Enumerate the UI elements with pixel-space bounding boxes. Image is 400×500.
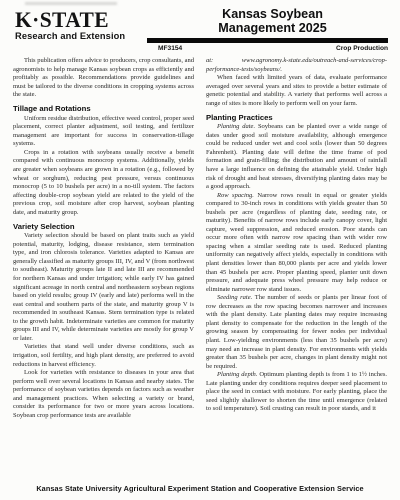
body-paragraph: Planting date. Soybeans can be planted o… xyxy=(206,123,387,191)
body-paragraph: Crops in a rotation with soybeans usuall… xyxy=(13,149,194,217)
body-paragraph: at: www.agronomy.k-state.edu/outreach-an… xyxy=(206,57,387,74)
body-paragraph: When faced with limited years of data, e… xyxy=(206,74,387,108)
header-rule-bar xyxy=(147,38,388,43)
body-columns: This publication offers advice to produc… xyxy=(13,57,387,420)
page-footer: Kansas State University Agricultural Exp… xyxy=(0,484,400,493)
body-paragraph: Varieties that stand well under diverse … xyxy=(13,343,194,369)
paragraph-lead-in: Planting depth. xyxy=(217,371,259,378)
section-heading: Variety Selection xyxy=(13,222,194,231)
document-title-line2: Management 2025 xyxy=(190,22,355,36)
kstate-logo: K·STATE Research and Extension xyxy=(15,9,125,41)
body-paragraph: Seeding rate. The number of seeds or pla… xyxy=(206,294,387,371)
kstate-logo-wordmark: K·STATE xyxy=(15,9,125,31)
body-paragraph: This publication offers advice to produc… xyxy=(13,57,194,100)
body-paragraph: Look for varieties with resistance to di… xyxy=(13,369,194,420)
body-paragraph: Uniform residue distribution, effective … xyxy=(13,115,194,149)
paragraph-lead-in: Seeding rate. xyxy=(217,294,255,301)
kstate-logo-subtitle: Research and Extension xyxy=(15,31,125,41)
body-paragraph: Row spacing. Narrow rows result in equal… xyxy=(206,192,387,295)
body-paragraph: Planting depth. Optimum planting depth i… xyxy=(206,371,387,414)
publication-meta: MF3154 Crop Production xyxy=(147,45,388,53)
section-heading: Planting Practices xyxy=(206,113,387,122)
document-page: K·STATE Research and Extension Kansas So… xyxy=(0,0,400,500)
paragraph-lead-in: Row spacing. xyxy=(217,192,257,199)
scan-artifact xyxy=(25,2,117,5)
body-column-right: at: www.agronomy.k-state.edu/outreach-an… xyxy=(206,57,387,420)
publication-number: MF3154 xyxy=(158,45,182,53)
document-title-line1: Kansas Soybean xyxy=(190,8,355,22)
body-column-left: This publication offers advice to produc… xyxy=(13,57,194,420)
body-paragraph: Variety selection should be based on pla… xyxy=(13,232,194,343)
document-title: Kansas Soybean Management 2025 xyxy=(190,8,355,36)
section-heading: Tillage and Rotations xyxy=(13,104,194,113)
paragraph-lead-in: Planting date. xyxy=(217,123,258,130)
publication-category: Crop Production xyxy=(336,45,388,53)
